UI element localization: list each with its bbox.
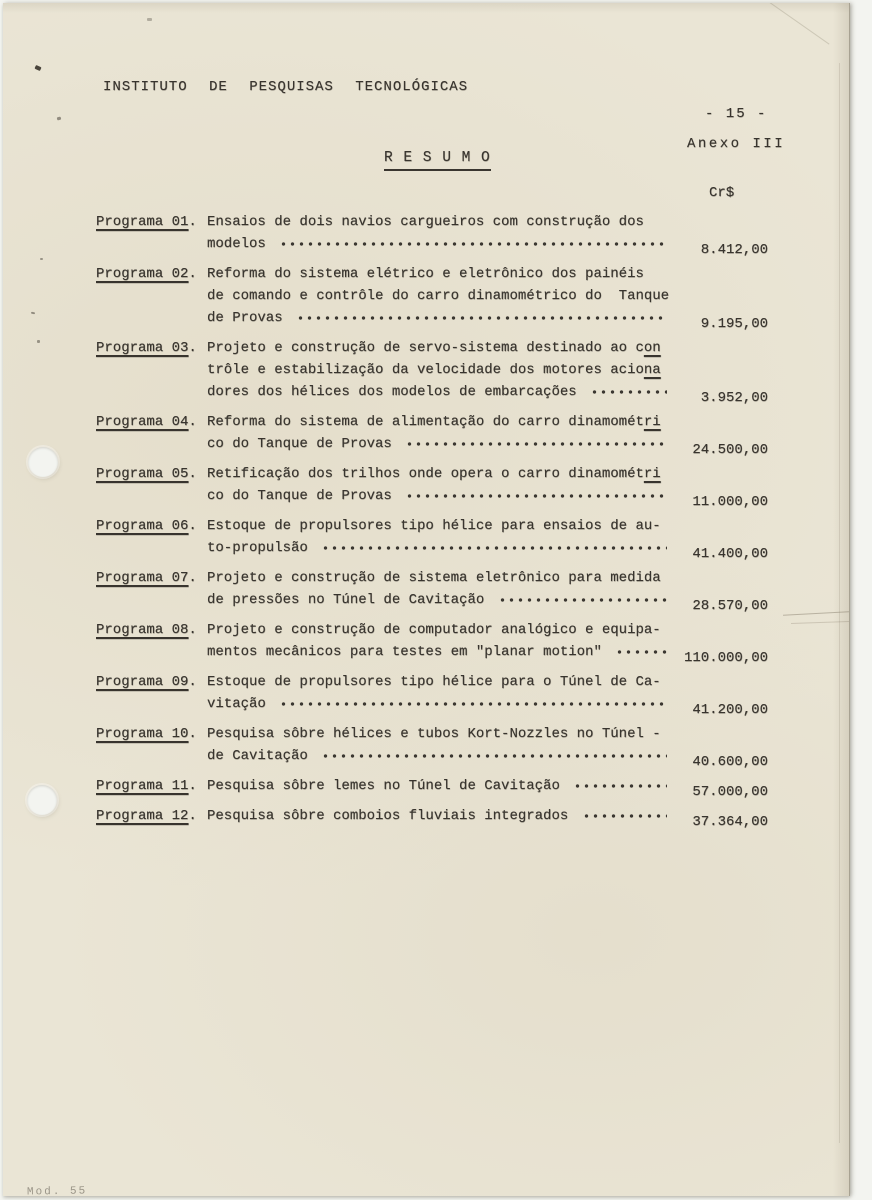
program-row: Programa 02. Reforma do sistema elétrico… [96,263,768,329]
dot-leader [405,433,667,455]
crease-line [758,3,829,45]
description-line: Ensaios de dois navios cargueiros com co… [207,211,671,233]
description-line: de Cavitação [207,745,671,767]
program-amount: 28.570,00 [671,595,768,617]
description-line: Projeto e construção de sistema eletrôni… [207,567,671,589]
program-amount: 9.195,00 [671,313,768,335]
description-line: co do Tanque de Provas [207,433,671,455]
program-description: Ensaios de dois navios cargueiros com co… [207,211,671,255]
description-line: Projeto e construção de computador analó… [207,619,671,641]
program-row: Programa 10. Pesquisa sôbre hélices e tu… [96,723,768,767]
dot-leader [573,775,667,797]
program-description: Pesquisa sôbre hélices e tubos Kort-Nozz… [207,723,671,767]
description-line: Reforma do sistema elétrico e eletrônico… [207,263,671,285]
program-label: Programa 03. [96,337,207,359]
paper-speck [57,117,62,121]
description-line: de comando e contrôle do carro dinamomét… [207,285,671,307]
program-amount: 40.600,00 [671,751,768,773]
currency-header: Cr$ [709,185,734,201]
description-line: Estoque de propulsores tipo hélice para … [207,671,671,693]
footer-mark: Mod. 55 [27,1185,87,1196]
description-line: modelos [207,233,671,255]
program-amount: 8.412,00 [671,239,768,261]
program-amount: 11.000,00 [671,491,768,513]
dot-leader [296,307,667,329]
program-label: Programa 12. [96,805,207,827]
dot-leader [321,537,667,559]
program-label: Programa 06. [96,515,207,537]
dot-leader [590,381,667,403]
dot-leader [279,693,667,715]
program-label: Programa 05. [96,463,207,485]
punch-hole [27,785,57,815]
description-line: de Provas [207,307,671,329]
description-line: Projeto e construção de servo-sistema de… [207,337,671,359]
program-description: Projeto e construção de servo-sistema de… [207,337,671,403]
description-line: Pesquisa sôbre hélices e tubos Kort-Nozz… [207,723,671,745]
program-label: Programa 09. [96,671,207,693]
crease-line [839,63,840,1143]
description-line: to-propulsão [207,537,671,559]
program-description: Reforma do sistema de alimentação do car… [207,411,671,455]
dot-leader [615,641,667,663]
program-row: Programa 09. Estoque de propulsores tipo… [96,671,768,715]
program-amount: 41.400,00 [671,543,768,565]
page-number: - 15 - [705,106,767,122]
description-line: trôle e estabilização da velocidade dos … [207,359,671,381]
program-row: Programa 01. Ensaios de dois navios carg… [96,211,768,255]
program-description: Pesquisa sôbre lemes no Túnel de Cavitaç… [207,775,671,797]
document-title: R E S U M O [384,150,491,171]
paper-speck [147,18,152,21]
dot-leader [582,805,667,827]
program-label: Programa 02. [96,263,207,285]
program-description: Retificação dos trilhos onde opera o car… [207,463,671,507]
programs-list: Programa 01. Ensaios de dois navios carg… [96,211,768,835]
paper-speck [40,258,43,260]
dot-leader [279,233,667,255]
program-label: Programa 08. [96,619,207,641]
description-line: mentos mecânicos para testes em "planar … [207,641,671,663]
program-label: Programa 11. [96,775,207,797]
program-row: Programa 03. Projeto e construção de ser… [96,337,768,403]
program-description: Pesquisa sôbre comboios fluviais integra… [207,805,671,827]
paper-speck [31,312,35,315]
description-line: de pressões no Túnel de Cavitação [207,589,671,611]
program-description: Estoque de propulsores tipo hélice para … [207,515,671,559]
annex-label: Anexo III [687,136,785,152]
program-row: Programa 07. Projeto e construção de sis… [96,567,768,611]
document-page: INSTITUTO DE PESQUISAS TECNOLÓGICAS - 15… [3,3,850,1196]
program-row: Programa 06. Estoque de propulsores tipo… [96,515,768,559]
program-row: Programa 04. Reforma do sistema de alime… [96,411,768,455]
description-line: vitação [207,693,671,715]
program-amount: 41.200,00 [671,699,768,721]
org-name: INSTITUTO DE PESQUISAS TECNOLÓGICAS [103,79,468,95]
program-amount: 24.500,00 [671,439,768,461]
program-description: Projeto e construção de computador analó… [207,619,671,663]
description-line: Pesquisa sôbre lemes no Túnel de Cavitaç… [207,775,671,797]
description-line: Estoque de propulsores tipo hélice para … [207,515,671,537]
program-amount: 110.000,00 [671,647,768,669]
program-row: Programa 12. Pesquisa sôbre comboios flu… [96,805,768,827]
paper-speck [34,65,41,71]
dot-leader [405,485,667,507]
crease-line [791,621,849,624]
program-label: Programa 07. [96,567,207,589]
description-line: Pesquisa sôbre comboios fluviais integra… [207,805,671,827]
dot-leader [321,745,667,767]
description-line: co do Tanque de Provas [207,485,671,507]
program-label: Programa 04. [96,411,207,433]
program-label: Programa 10. [96,723,207,745]
program-amount: 57.000,00 [671,781,768,803]
paper-speck [37,340,40,343]
program-row: Programa 11. Pesquisa sôbre lemes no Tún… [96,775,768,797]
program-row: Programa 05. Retificação dos trilhos ond… [96,463,768,507]
program-row: Programa 08. Projeto e construção de com… [96,619,768,663]
description-line: Retificação dos trilhos onde opera o car… [207,463,671,485]
program-amount: 3.952,00 [671,387,768,409]
description-line: Reforma do sistema de alimentação do car… [207,411,671,433]
program-amount: 37.364,00 [671,811,768,833]
dot-leader [498,589,667,611]
description-line: dores dos hélices dos modelos de embarca… [207,381,671,403]
program-description: Estoque de propulsores tipo hélice para … [207,671,671,715]
program-label: Programa 01. [96,211,207,233]
program-description: Projeto e construção de sistema eletrôni… [207,567,671,611]
program-description: Reforma do sistema elétrico e eletrônico… [207,263,671,329]
punch-hole [28,447,58,477]
